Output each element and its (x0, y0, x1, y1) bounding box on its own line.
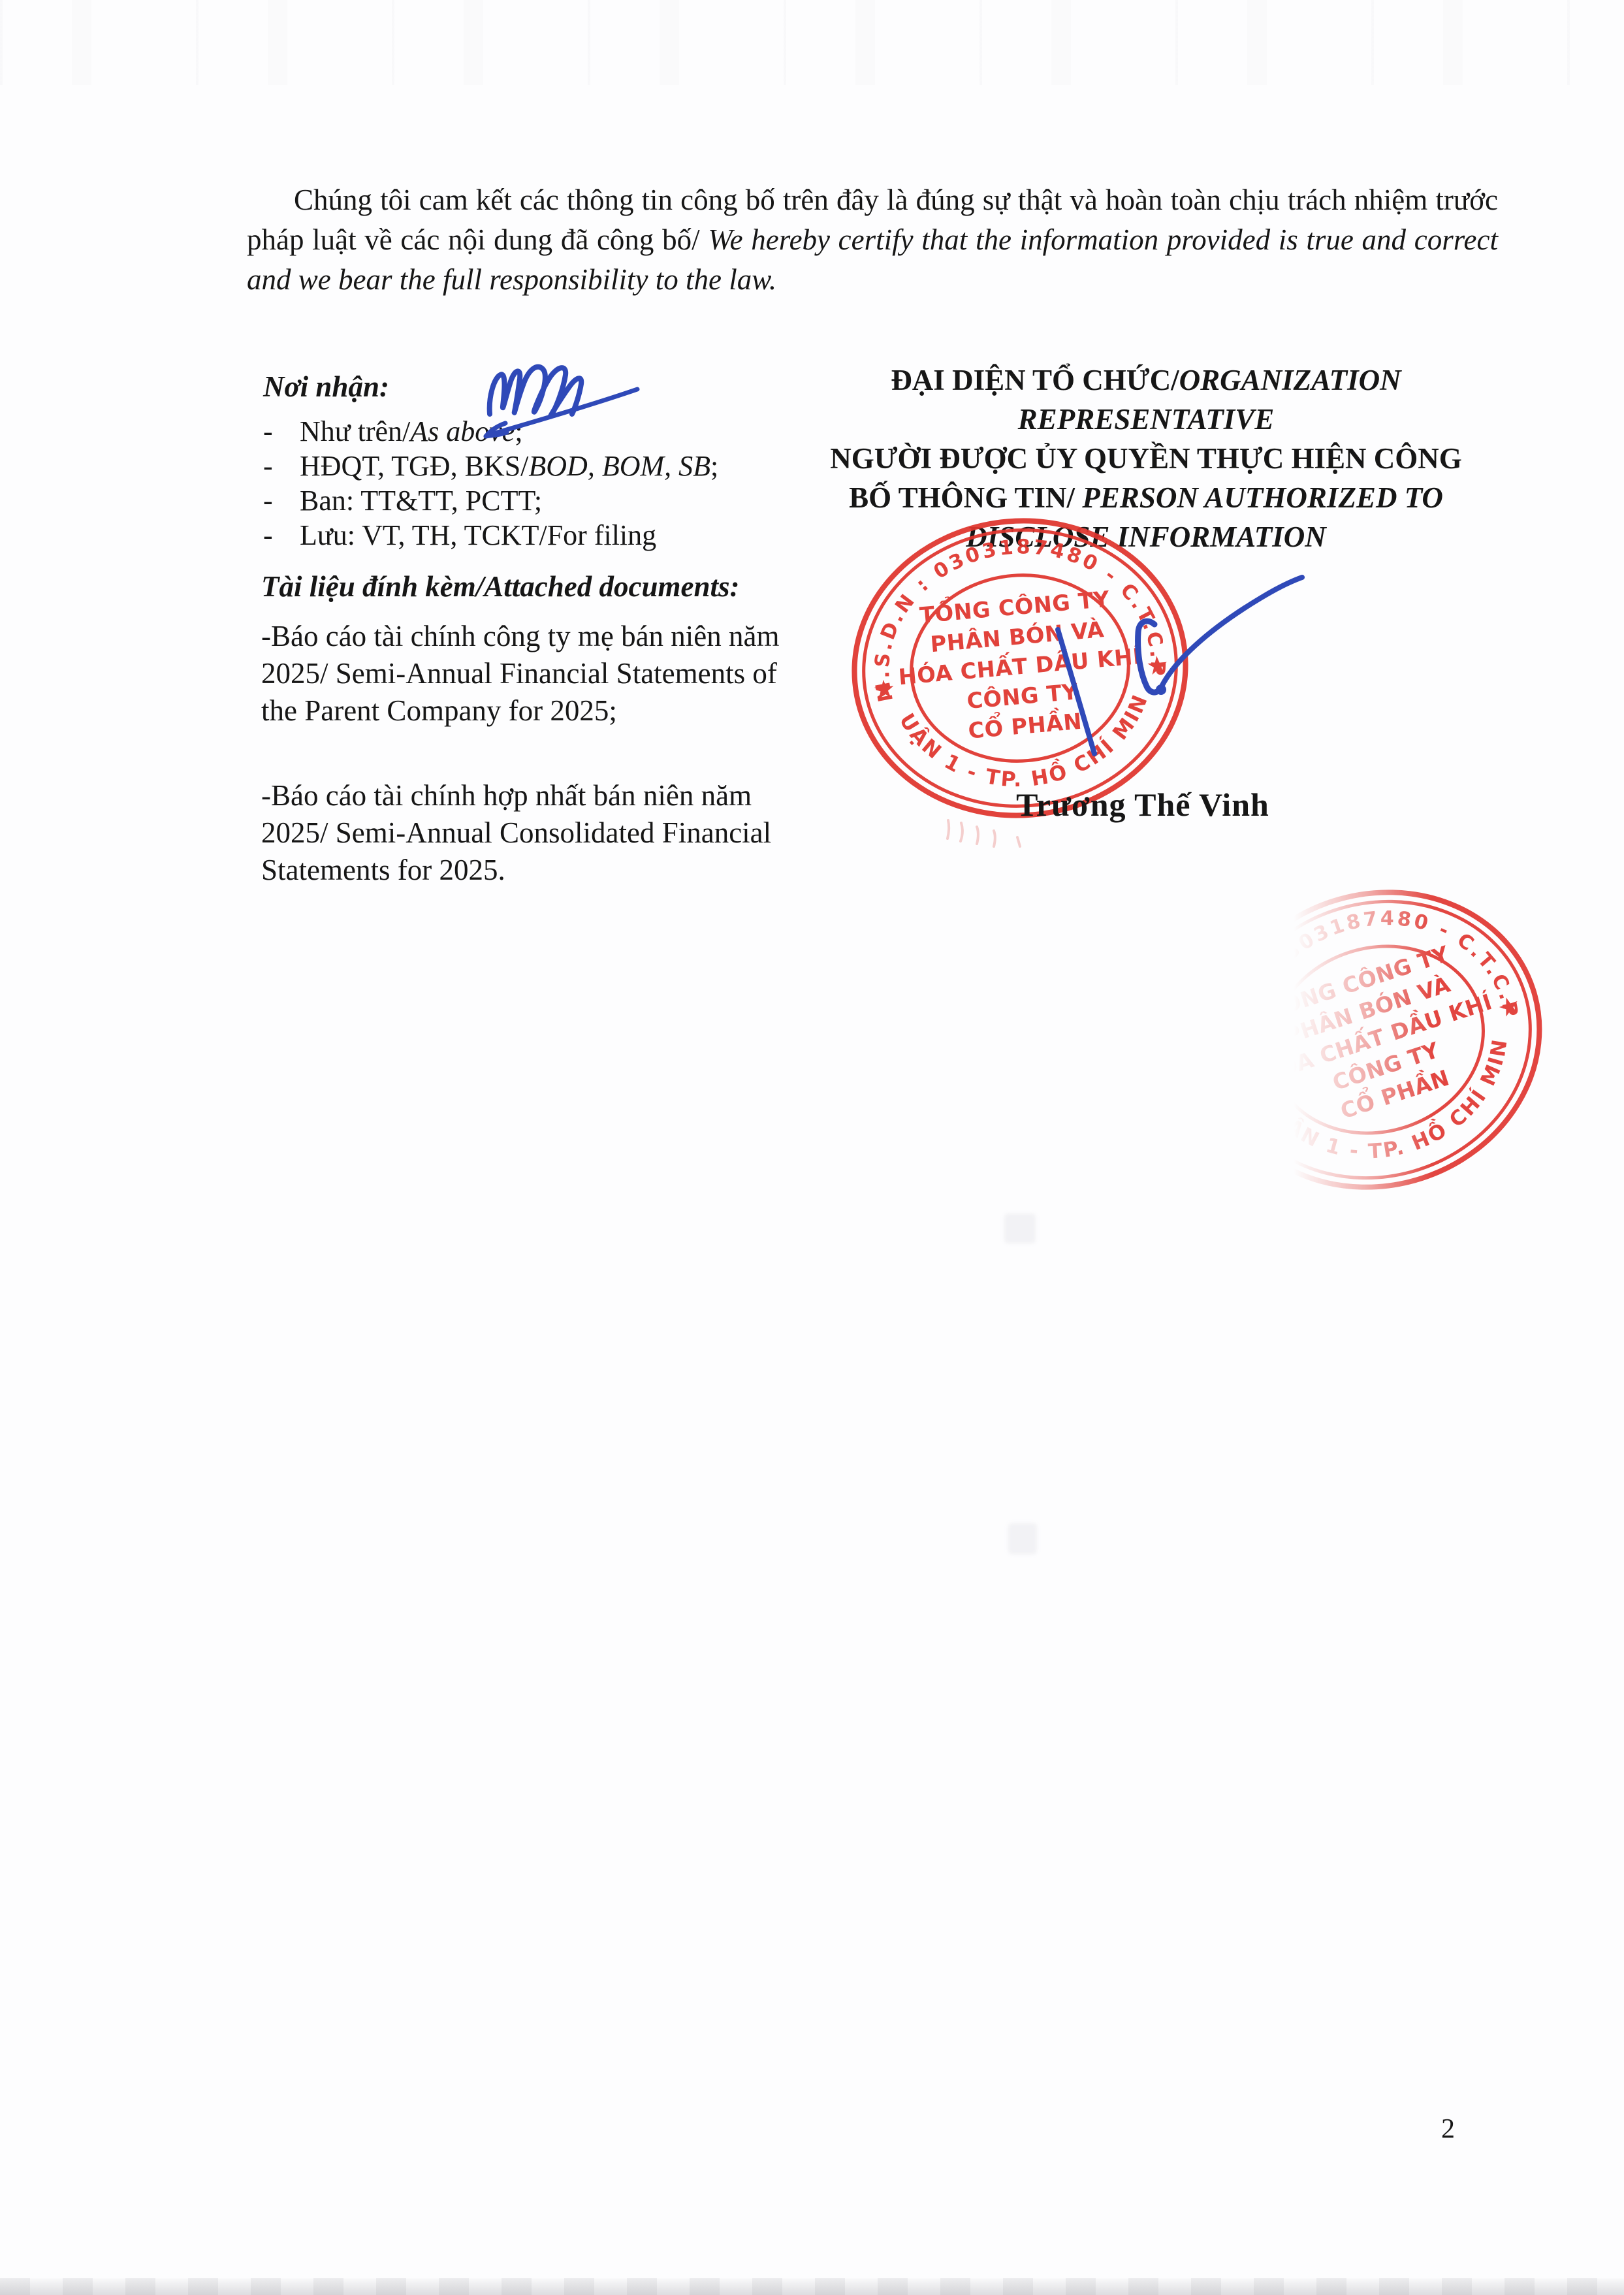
faded-stamp-residue (939, 809, 1037, 854)
star-icon: ★ (1236, 1073, 1266, 1107)
heading-line: ĐẠI DIỆN TỔ CHỨC/ORGANIZATION (797, 361, 1495, 400)
dash: - (263, 518, 300, 553)
heading-vn: ĐẠI DIỆN TỔ CHỨC/ (891, 364, 1179, 396)
attachment-item: -Báo cáo tài chính công ty mẹ bán niên n… (261, 618, 797, 730)
residue-stroke (1017, 837, 1020, 846)
recipient-vn: Ban: TT&TT, PCTT; (300, 485, 542, 517)
heading-en: REPRESENTATIVE (1018, 403, 1275, 436)
authorized-signature (1042, 559, 1382, 775)
attachments-title: Tài liệu đính kèm/Attached documents: (261, 570, 740, 603)
scan-edge-bottom (0, 2278, 1624, 2295)
attachment-item: -Báo cáo tài chính hợp nhất bán niên năm… (261, 777, 797, 889)
signature-stroke (1058, 630, 1094, 754)
residue-stroke (977, 827, 978, 844)
scan-ghost-mark (1004, 1213, 1036, 1244)
heading-en: ORGANIZATION (1179, 364, 1401, 396)
initial-signature-scribble (469, 347, 652, 458)
star-icon: ★ (872, 674, 897, 705)
certification-paragraph: Chúng tôi cam kết các thông tin công bố … (247, 180, 1498, 300)
scribble-stroke (490, 367, 582, 417)
recipient-tail: ; (710, 450, 718, 482)
list-item: -Lưu: VT, TH, TCKT/For filing (263, 518, 718, 553)
heading-line: REPRESENTATIVE (797, 400, 1495, 439)
heading-line: NGƯỜI ĐƯỢC ỦY QUYỀN THỰC HIỆN CÔNG (797, 439, 1495, 478)
signature-stroke (1138, 621, 1160, 692)
page-number: 2 (1441, 2113, 1455, 2145)
recipients-title: Nơi nhận: (263, 370, 389, 404)
scan-smudge-top (0, 0, 1624, 85)
dash: - (263, 414, 300, 449)
dash: - (263, 449, 300, 483)
star-icon: ★ (1494, 989, 1524, 1023)
list-item: -Ban: TT&TT, PCTT; (263, 483, 718, 518)
residue-stroke (947, 820, 949, 839)
document-page: Chúng tôi cam kết các thông tin công bố … (0, 0, 1624, 2295)
scan-ghost-mark (1008, 1523, 1037, 1554)
residue-stroke (961, 823, 963, 841)
company-stamp-svg: M.S.D.N : 0303187480 - C.T.C.P QUẬN 1 - … (1161, 839, 1593, 1241)
heading-vn: NGƯỜI ĐƯỢC ỦY QUYỀN THỰC HIỆN CÔNG (830, 442, 1462, 475)
dash: - (263, 483, 300, 518)
recipient-vn: Như trên/ (300, 415, 410, 447)
partial-company-stamp: M.S.D.N : 0303187480 - C.T.C.P QUẬN 1 - … (1135, 815, 1614, 1272)
recipient-vn: Lưu: VT, TH, TCKT/For filing (300, 519, 656, 551)
signature-stroke (1160, 577, 1302, 689)
residue-stroke (994, 831, 995, 846)
company-stamp: M.S.D.N : 0303187480 - C.T.C.P QUẬN 1 - … (1161, 839, 1593, 1241)
